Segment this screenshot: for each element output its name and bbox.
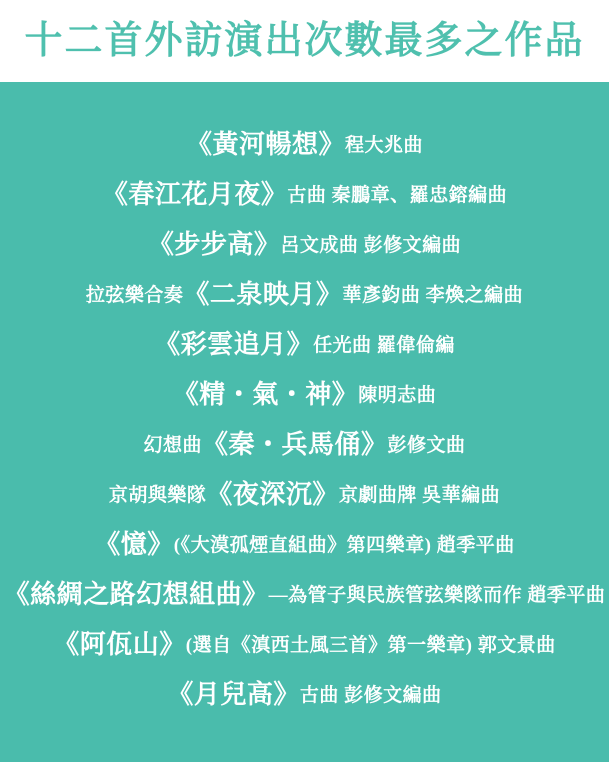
work-list-item: 《憶》 (《大漠孤煙直組曲》第四樂章) 趙季平曲 (0, 520, 609, 570)
work-list-item: 拉弦樂合奏 《二泉映月》 華彥鈞曲 李煥之編曲 (0, 270, 609, 320)
work-title: 《黃河暢想》 (186, 132, 345, 158)
work-title: 《步步高》 (148, 232, 281, 258)
work-prefix: 幻想曲 (143, 436, 202, 455)
work-list-item: 《月兒高》 古曲 彭修文編曲 (0, 670, 609, 720)
work-title: 《彩雲追月》 (154, 332, 313, 358)
work-list-item: 京胡與樂隊 《夜深沉》 京劇曲牌 吳華編曲 (0, 470, 609, 520)
work-list-item: 幻想曲 《秦・兵馬俑》 彭修文曲 (0, 420, 609, 470)
work-suffix: (《大漠孤煙直組曲》第四樂章) 趙季平曲 (174, 536, 515, 555)
works-list: 《黃河暢想》 程大兆曲 《春江花月夜》 古曲 秦鵬章、羅忠鎔編曲 《步步高》 呂… (0, 82, 609, 762)
work-prefix: 拉弦樂合奏 (86, 286, 184, 305)
slide-page: 十二首外訪演出次數最多之作品 《黃河暢想》 程大兆曲 《春江花月夜》 古曲 秦鵬… (0, 0, 609, 762)
work-list-item: 《春江花月夜》 古曲 秦鵬章、羅忠鎔編曲 (0, 170, 609, 220)
work-list-item: 《步步高》 呂文成曲 彭修文編曲 (0, 220, 609, 270)
work-title: 《精・氣・神》 (173, 382, 359, 408)
work-suffix: 程大兆曲 (345, 136, 423, 155)
work-suffix: (選自《滇西土風三首》第一樂章) 郭文景曲 (186, 636, 556, 655)
work-list-item: 《精・氣・神》 陳明志曲 (0, 370, 609, 420)
work-list-item: 《絲綢之路幻想組曲》 —為管子與民族管弦樂隊而作 趙季平曲 (0, 570, 609, 620)
work-list-item: 《阿佤山》 (選自《滇西土風三首》第一樂章) 郭文景曲 (0, 620, 609, 670)
work-title: 《月兒高》 (167, 682, 300, 708)
work-prefix: 京胡與樂隊 (109, 486, 207, 505)
work-title: 《絲綢之路幻想組曲》 (4, 582, 269, 608)
work-suffix: —為管子與民族管弦樂隊而作 趙季平曲 (269, 586, 606, 605)
work-title: 《憶》 (94, 532, 174, 558)
work-suffix: 陳明志曲 (358, 386, 436, 405)
work-list-item: 《黃河暢想》 程大兆曲 (0, 120, 609, 170)
work-title: 《夜深沉》 (206, 482, 339, 508)
work-title: 《春江花月夜》 (102, 182, 288, 208)
work-suffix: 任光曲 羅偉倫編 (313, 336, 455, 355)
work-suffix: 古曲 秦鵬章、羅忠鎔編曲 (287, 186, 507, 205)
page-title: 十二首外訪演出次數最多之作品 (24, 22, 584, 60)
work-suffix: 古曲 彭修文編曲 (300, 686, 442, 705)
work-title: 《秦・兵馬俑》 (202, 432, 388, 458)
work-suffix: 彭修文曲 (388, 436, 466, 455)
work-title: 《二泉映月》 (183, 282, 342, 308)
work-title: 《阿佤山》 (53, 632, 186, 658)
work-suffix: 京劇曲牌 吳華編曲 (339, 486, 500, 505)
work-suffix: 呂文成曲 彭修文編曲 (280, 236, 461, 255)
work-suffix: 華彥鈞曲 李煥之編曲 (342, 286, 523, 305)
header-band: 十二首外訪演出次數最多之作品 (0, 0, 609, 82)
work-list-item: 《彩雲追月》 任光曲 羅偉倫編 (0, 320, 609, 370)
